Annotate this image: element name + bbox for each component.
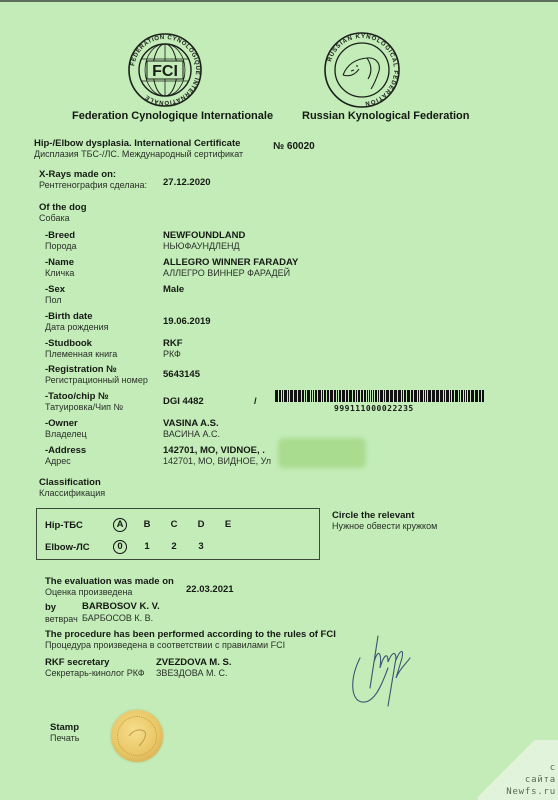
elbow-grade-1: 1 bbox=[140, 540, 154, 554]
xray-label-ru: Рентгенография сделана: bbox=[39, 180, 147, 191]
registration-label-en: -Registration № bbox=[45, 364, 117, 375]
breed-label-ru: Порода bbox=[45, 241, 77, 252]
studbook-label-en: -Studbook bbox=[45, 338, 92, 349]
secretary-name-ru: ЗВЕЗДОВА М. С. bbox=[156, 668, 227, 679]
certificate-title-en: Hip-/Elbow dysplasia. International Cert… bbox=[34, 138, 240, 149]
evaluation-label-en: The evaluation was made on bbox=[45, 576, 174, 587]
breed-value-en: NEWFOUNDLAND bbox=[163, 230, 245, 241]
studbook-value-en: RKF bbox=[163, 338, 183, 349]
hip-label: Hip-ТБС bbox=[45, 520, 83, 531]
elbow-grade-2: 2 bbox=[167, 540, 181, 554]
rkf-dog-emblem-icon: RUSSIAN KYNOLOGICAL FEDERATION bbox=[323, 31, 401, 109]
registration-label-ru: Регистрационный номер bbox=[45, 375, 148, 386]
vet-name-en: BARBOSOV K. V. bbox=[82, 601, 160, 612]
elbow-label: Elbow-ЛС bbox=[45, 542, 90, 553]
secretary-label-ru: Секретарь-кинолог РКФ bbox=[45, 668, 145, 679]
owner-label-en: -Owner bbox=[45, 418, 78, 429]
evaluation-label-ru: Оценка произведена bbox=[45, 587, 132, 598]
fci-logo: FCI FEDERATION CYNOLOGIQUE INTERNATIONAL… bbox=[127, 32, 203, 108]
seal-dog-icon bbox=[111, 710, 163, 762]
registration-value: 5643145 bbox=[163, 369, 200, 380]
dog-section-en: Of the dog bbox=[39, 202, 87, 213]
hip-grade-B: B bbox=[140, 518, 154, 532]
watermark-line-1: с bbox=[550, 762, 556, 774]
owner-label-ru: Владелец bbox=[45, 429, 87, 440]
studbook-label-ru: Племенная книга bbox=[45, 349, 117, 360]
address-label-ru: Адрес bbox=[45, 456, 71, 467]
circle-note-ru: Нужное обвести кружком bbox=[332, 521, 437, 532]
chip-label-en: -Tatoo/chip № bbox=[45, 391, 109, 402]
birth-label-en: -Birth date bbox=[45, 311, 93, 322]
rkf-logo: RUSSIAN KYNOLOGICAL FEDERATION bbox=[323, 31, 401, 109]
owner-value-en: VASINA A.S. bbox=[163, 418, 219, 429]
procedure-text-en: The procedure has been performed accordi… bbox=[45, 629, 336, 640]
sex-label-ru: Пол bbox=[45, 295, 62, 306]
address-value-en: 142701, MO, VIDNOE, . bbox=[163, 445, 265, 456]
watermark-line-2: сайта bbox=[525, 774, 556, 786]
elbow-grade-0: 0 bbox=[113, 540, 127, 554]
procedure-text-ru: Процедура произведена в соответствии с п… bbox=[45, 640, 285, 651]
svg-text:FCI: FCI bbox=[152, 63, 178, 80]
name-label-ru: Кличка bbox=[45, 268, 74, 279]
sex-value: Male bbox=[163, 284, 184, 295]
address-value-ru: 142701, МО, ВИДНОЕ, Ул bbox=[163, 456, 271, 467]
breed-label-en: -Breed bbox=[45, 230, 75, 241]
evaluation-date: 22.03.2021 bbox=[186, 584, 234, 595]
secretary-name-en: ZVEZDOVA M. S. bbox=[156, 657, 231, 668]
vet-name-ru: БАРБОСОВ К. В. bbox=[82, 613, 153, 624]
address-redaction bbox=[278, 438, 366, 468]
stamp-label-en: Stamp bbox=[50, 722, 79, 733]
studbook-value-ru: РКФ bbox=[163, 349, 181, 360]
chip-separator: / bbox=[254, 396, 257, 407]
hip-grade-E: E bbox=[221, 518, 235, 532]
gold-seal bbox=[111, 710, 163, 762]
certificate-title-ru: Дисплазия ТБС-/ЛС. Международный сертифи… bbox=[34, 149, 243, 160]
stamp-label-ru: Печать bbox=[50, 733, 79, 744]
owner-value-ru: ВАСИНА А.С. bbox=[163, 429, 220, 440]
classification-box: Hip-ТБС Elbow-ЛС ABCDE 0123 bbox=[36, 508, 320, 560]
secretary-label-en: RKF secretary bbox=[45, 657, 109, 668]
name-value-ru: АЛЛЕГРО ВИННЕР ФАРАДЕЙ bbox=[163, 268, 290, 279]
site-watermark: с сайта Newfs.ru bbox=[478, 740, 558, 800]
top-edge bbox=[0, 0, 558, 2]
sex-label-en: -Sex bbox=[45, 284, 65, 295]
by-label-ru: ветврач bbox=[45, 614, 78, 625]
address-label-en: -Address bbox=[45, 445, 86, 456]
hip-grade-A: A bbox=[113, 518, 127, 532]
chip-barcode bbox=[275, 390, 485, 402]
hip-grade-C: C bbox=[167, 518, 181, 532]
birth-value: 19.06.2019 bbox=[163, 316, 211, 327]
hip-grade-D: D bbox=[194, 518, 208, 532]
elbow-grade-3: 3 bbox=[194, 540, 208, 554]
fci-org-name: Federation Cynologique Internationale bbox=[72, 110, 273, 122]
name-value-en: ALLEGRO WINNER FARADAY bbox=[163, 257, 298, 268]
svg-text:RUSSIAN KYNOLOGICAL FEDERATION: RUSSIAN KYNOLOGICAL FEDERATION bbox=[327, 34, 398, 106]
watermark-line-3: Newfs.ru bbox=[506, 786, 556, 798]
rkf-org-name: Russian Kynological Federation bbox=[302, 110, 469, 122]
xray-date: 27.12.2020 bbox=[163, 177, 211, 188]
chip-label-ru: Татуировка/Чип № bbox=[45, 402, 123, 413]
classification-label-ru: Классификация bbox=[39, 488, 105, 499]
dog-section-ru: Собака bbox=[39, 213, 70, 224]
chip-value: DGI 4482 bbox=[163, 396, 204, 407]
fci-globe-icon: FCI FEDERATION CYNOLOGIQUE INTERNATIONAL… bbox=[127, 32, 203, 108]
barcode-number: 999111000022235 bbox=[334, 404, 414, 413]
signature bbox=[348, 628, 448, 708]
breed-value-ru: НЬЮФАУНДЛЕНД bbox=[163, 241, 240, 252]
by-label-en: by bbox=[45, 602, 56, 613]
classification-label-en: Classification bbox=[39, 477, 101, 488]
circle-note-en: Circle the relevant bbox=[332, 510, 414, 521]
certificate-number: № 60020 bbox=[273, 141, 315, 152]
name-label-en: -Name bbox=[45, 257, 74, 268]
birth-label-ru: Дата рождения bbox=[45, 322, 109, 333]
xray-label-en: X-Rays made on: bbox=[39, 169, 116, 180]
